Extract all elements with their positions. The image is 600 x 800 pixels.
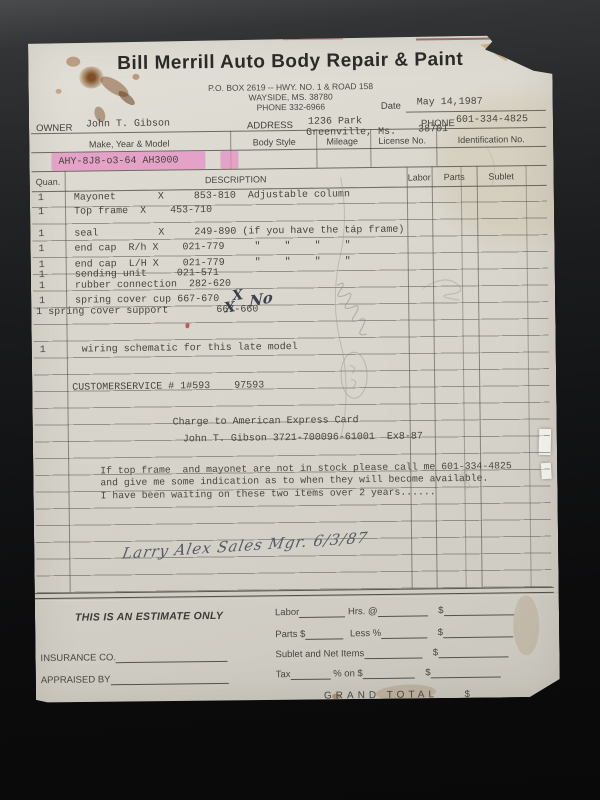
parts-blank (305, 628, 343, 639)
hrs-blank (378, 605, 428, 617)
sublet-amount-blank (438, 646, 508, 658)
appraised-by-label: APPRAISED BY (41, 674, 111, 686)
tax-label: Tax (276, 669, 291, 680)
sublet-blank (364, 647, 422, 659)
grand-total-label: GRAND TOTAL (324, 689, 438, 701)
hrs-label: Hrs. @ (348, 606, 378, 617)
pencil-scribbles (28, 35, 555, 703)
parts-amount-blank (443, 626, 513, 638)
less-blank (381, 627, 427, 639)
on-label: % on $ (333, 668, 363, 679)
tax-amount-blank (431, 666, 501, 678)
labor-blank (299, 606, 345, 618)
tax-base-blank (363, 668, 415, 680)
less-label: Less % (350, 628, 381, 639)
insurance-co-row: INSURANCE CO. (40, 651, 228, 664)
estimate-only-note: THIS IS AN ESTIMATE ONLY (75, 610, 223, 624)
tax-blank (290, 669, 330, 680)
labor-label: Labor (275, 607, 299, 618)
insurance-co-label: INSURANCE CO. (40, 652, 116, 664)
appraised-by-blank (110, 673, 228, 685)
grand-total-amount-blank (470, 688, 540, 700)
parts-label: Parts $ (275, 629, 305, 640)
grand-total-row: GRAND TOTAL $ (324, 688, 540, 702)
insurance-co-blank (116, 651, 228, 663)
appraised-by-row: APPRAISED BY (41, 673, 229, 686)
sublet-label: Sublet and Net Items (275, 648, 364, 660)
estimate-document: Bill Merrill Auto Body Repair & Paint P.… (28, 35, 560, 703)
labor-amount-blank (443, 604, 513, 616)
photo-background: Bill Merrill Auto Body Repair & Paint P.… (0, 0, 600, 800)
